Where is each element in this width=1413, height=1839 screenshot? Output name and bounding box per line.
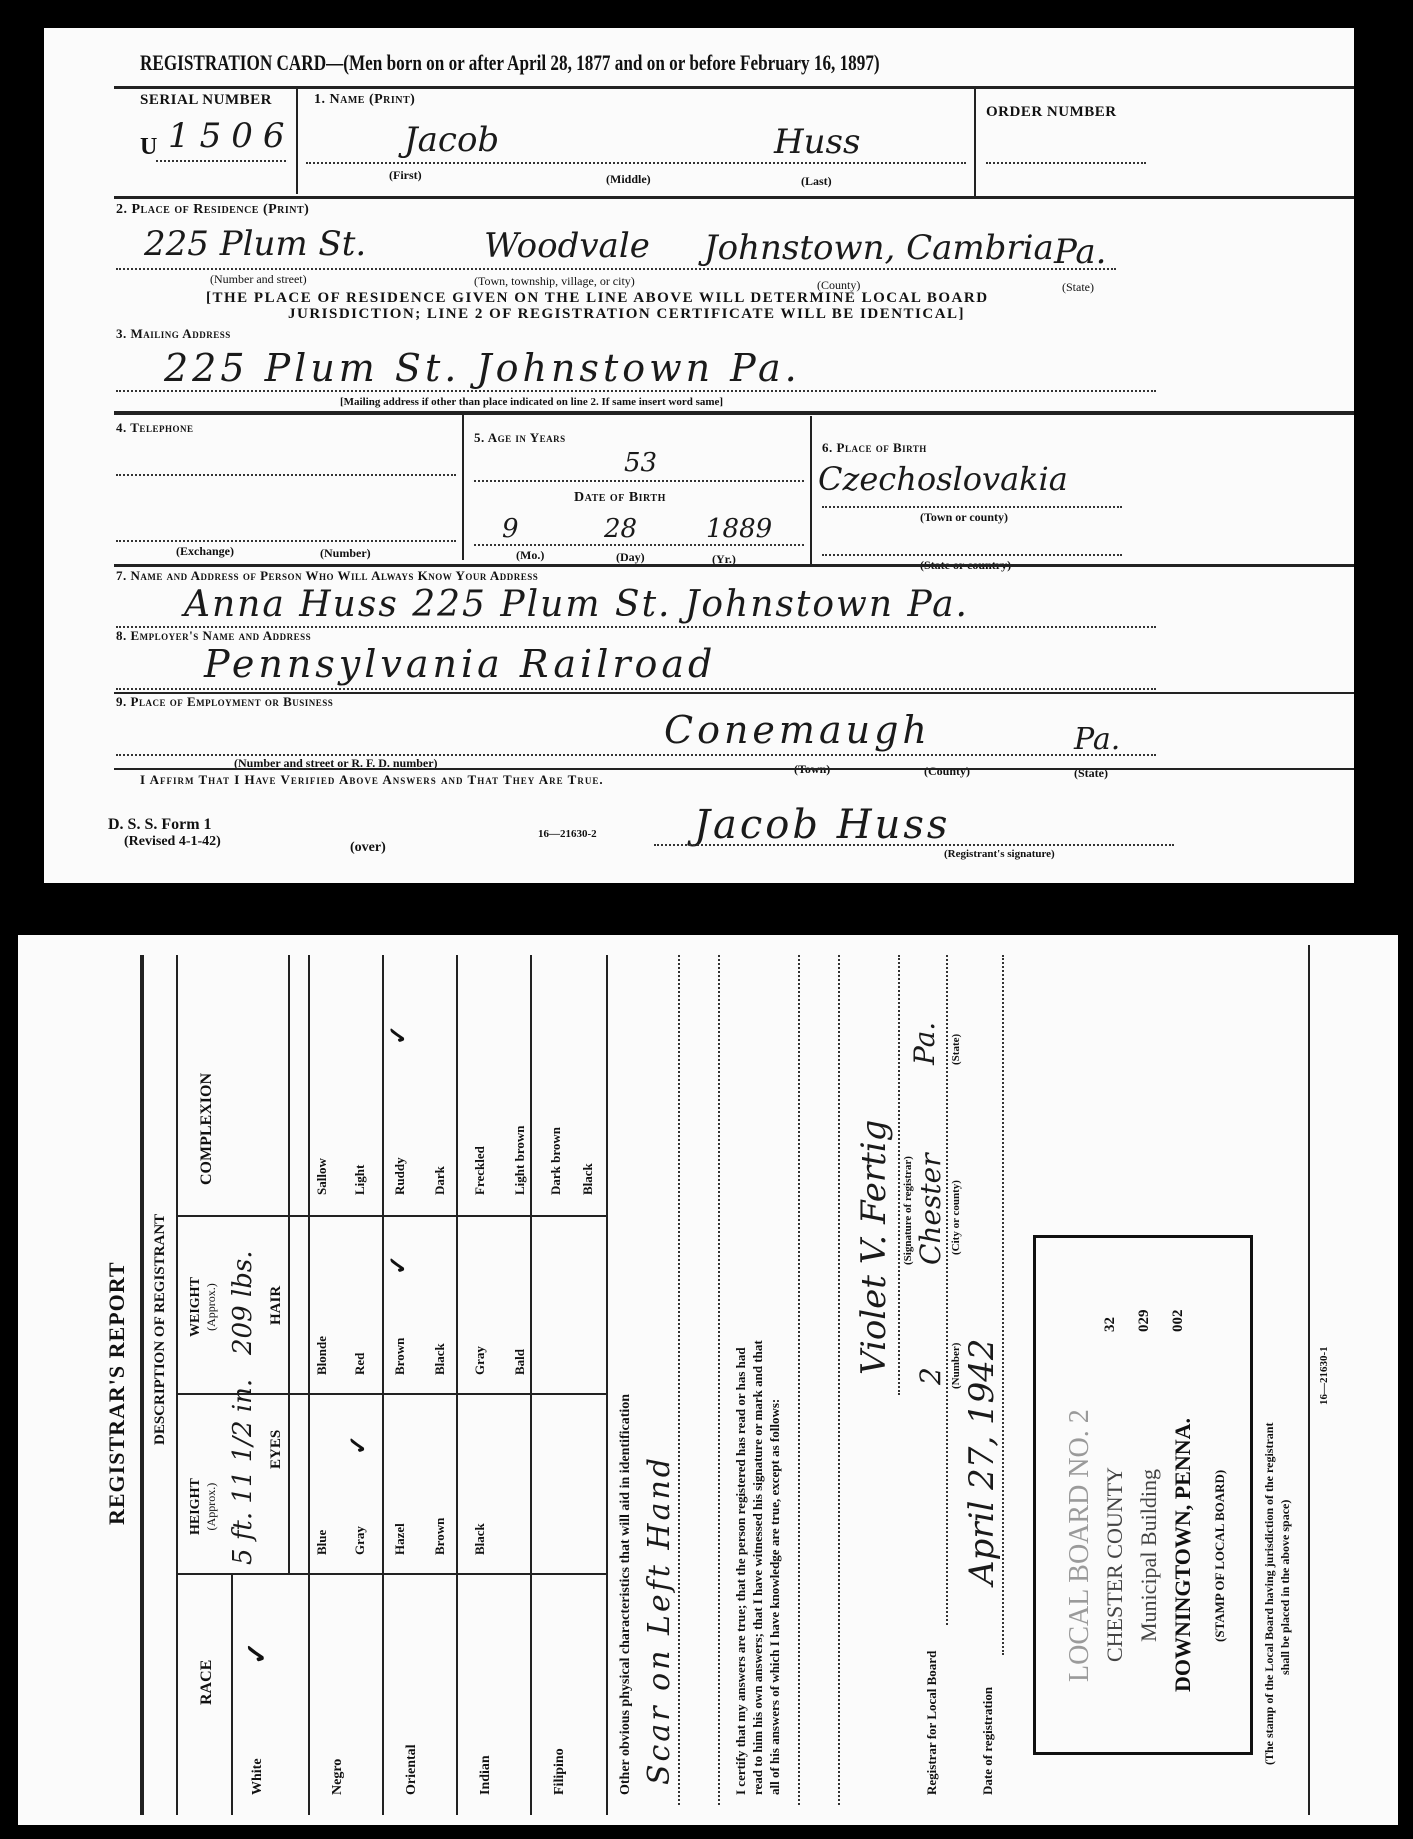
name-label: 1. Name (Print) (314, 92, 415, 108)
hair-option-black: Black (432, 1343, 448, 1375)
number-caption: (Number) (320, 546, 371, 561)
hair-label: HAIR (268, 1286, 285, 1325)
hair-option-red: Red (352, 1353, 368, 1375)
place-of-birth-label: 6. Place of Birth (822, 440, 927, 456)
hair-option-brown: Brown (392, 1338, 408, 1375)
weight-value: 209 lbs. (228, 1251, 258, 1355)
certification-line-3: all of his answers of which I have knowl… (766, 1340, 783, 1795)
pob-town-caption: (Town or county) (920, 510, 1008, 525)
complexion-option-black: Black (580, 1163, 596, 1195)
complexion-option-freckled: Freckled (472, 1146, 488, 1195)
card-title-sub: (Men born on or after April 28, 1877 and… (343, 50, 879, 75)
over-label: (over) (350, 840, 386, 856)
date-of-registration-label: Date of registration (980, 1687, 996, 1795)
residence-state: Pa. (1054, 232, 1106, 272)
certification-line-2: read to him his own answers; that I have… (749, 1340, 766, 1795)
residence-notice-line2: JURISDICTION; LINE 2 OF REGISTRATION CER… (288, 306, 965, 323)
eyes-label: EYES (268, 1430, 285, 1469)
card-title-main: REGISTRATION CARD— (140, 50, 343, 75)
exchange-caption: (Exchange) (176, 544, 234, 559)
hair-option-blonde: Blonde (314, 1336, 330, 1375)
description-header: DESCRIPTION OF REGISTRANT (152, 1214, 169, 1445)
registrar-signature: Violet V. Fertig (854, 1120, 894, 1375)
board-city: Chester (914, 1153, 947, 1265)
affirmation-text: I Affirm That I Have Verified Above Answ… (140, 772, 604, 788)
mailing-address-value: 225 Plum St. Johnstown Pa. (164, 346, 801, 390)
hair-brown-checkmark-icon: ✓ (384, 1255, 413, 1275)
board-number: 2 (914, 1367, 947, 1385)
order-number-label: ORDER NUMBER (986, 104, 1117, 121)
place-of-birth-town: Czechoslovakia (818, 460, 1068, 498)
height-label-sub: (Approx.) (204, 1478, 219, 1535)
registrar-signature-caption: (Signature of registrar) (902, 1156, 914, 1265)
height-value: 5 ft. 11 1/2 in. (228, 1379, 258, 1565)
complexion-option-dark-brown: Dark brown (548, 1127, 564, 1195)
race-white-checkmark-icon: ✓ (240, 1642, 274, 1665)
weight-label-sub: (Approx.) (204, 1277, 219, 1337)
contact-person-label: 7. Name and Address of Person Who Will A… (116, 568, 538, 584)
employer-value: Pennsylvania Railroad (204, 642, 716, 686)
eyes-option-blue: Blue (314, 1530, 330, 1555)
height-label: HEIGHT (Approx.) (188, 1478, 219, 1535)
stamp-note-line-2: shall be placed in the above space) (1278, 1500, 1293, 1675)
local-board-stamp: LOCAL BOARD NO. 2 CHESTER COUNTY Municip… (1033, 1235, 1253, 1755)
board-city-caption: (City or county) (950, 1180, 962, 1255)
place-of-employment-label: 9. Place of Employment or Business (116, 694, 333, 710)
hair-option-bald: Bald (512, 1349, 528, 1375)
stamp-line-4: DOWNINGTOWN, PENNA. (1170, 1418, 1196, 1692)
certification-text: I certify that my answers are true; that… (732, 1340, 783, 1795)
residence-town: Woodvale (484, 226, 650, 266)
contact-person-value: Anna Huss 225 Plum St. Johnstown Pa. (184, 584, 969, 625)
stamp-caption: (STAMP OF LOCAL BOARD) (1212, 1470, 1228, 1642)
stamp-code-1: 32 (1102, 1317, 1119, 1332)
complexion-option-sallow: Sallow (314, 1158, 330, 1195)
registrar-local-board-label: Registrar for Local Board (924, 1651, 940, 1795)
race-label: RACE (198, 1660, 216, 1705)
dob-day: 28 (604, 514, 637, 544)
serial-prefix: U (140, 134, 157, 161)
race-option-oriental: Oriental (404, 1744, 420, 1795)
last-caption: (Last) (801, 174, 832, 189)
eyes-option-black: Black (472, 1523, 488, 1555)
month-caption: (Mo.) (516, 548, 544, 563)
complexion-option-light: Light (352, 1165, 368, 1195)
registration-card-front: REGISTRATION CARD—(Men born on or after … (44, 28, 1354, 883)
date-of-registration-value: April 27, 1942 (962, 1338, 1002, 1585)
complexion-ruddy-checkmark-icon: ✓ (384, 1025, 413, 1045)
race-option-filipino: Filipino (552, 1748, 568, 1795)
street-caption: (Number and street) (210, 272, 307, 287)
stamp-note-line-1: (The stamp of the Local Board having jur… (1262, 1423, 1277, 1765)
stamp-code-3: 002 (1170, 1310, 1187, 1333)
other-characteristics-label: Other obvious physical characteristics t… (618, 1394, 634, 1795)
last-name-value: Huss (774, 122, 860, 162)
complexion-option-light-brown: Light brown (512, 1126, 528, 1195)
race-option-white: White (250, 1758, 266, 1795)
residence-county: Johnstown, Cambria (704, 228, 1054, 268)
registrant-signature: Jacob Huss (694, 802, 950, 848)
serial-number-label: SERIAL NUMBER (140, 92, 272, 109)
hair-option-gray: Gray (472, 1346, 488, 1375)
form-revision: (Revised 4-1-42) (124, 834, 221, 850)
other-characteristics-value: Scar on Left Hand (642, 1455, 677, 1785)
eyes-gray-checkmark-icon: ✓ (344, 1435, 373, 1455)
weight-label-main: WEIGHT (188, 1277, 204, 1337)
eyes-option-gray: Gray (352, 1526, 368, 1555)
day-caption: (Day) (616, 550, 645, 565)
middle-caption: (Middle) (606, 172, 651, 187)
employment-state: Pa. (1074, 722, 1120, 757)
dob-year: 1889 (706, 514, 772, 544)
residence-notice-line1: [THE PLACE OF RESIDENCE GIVEN ON THE LIN… (206, 290, 989, 307)
card-title: REGISTRATION CARD—(Men born on or after … (140, 50, 880, 76)
age-value: 53 (624, 448, 657, 478)
board-state-caption: (State) (950, 1034, 962, 1065)
dob-label: Date of Birth (574, 490, 666, 506)
serial-number-value: 1506 (168, 116, 295, 156)
town-caption: (Town, township, village, or city) (474, 274, 635, 289)
complexion-option-dark: Dark (432, 1166, 448, 1195)
height-label-main: HEIGHT (188, 1478, 204, 1535)
state-caption: (State) (1062, 280, 1094, 295)
race-option-indian: Indian (478, 1755, 494, 1795)
residence-label: 2. Place of Residence (Print) (116, 202, 309, 218)
board-number-caption: (Number) (950, 1343, 962, 1389)
race-option-negro: Negro (330, 1759, 346, 1795)
first-name-value: Jacob (404, 120, 499, 160)
stamp-line-2: CHESTER COUNTY (1102, 1467, 1128, 1662)
back-print-code: 16—21630-1 (1318, 1346, 1330, 1405)
stamp-line-3: Municipal Building (1136, 1469, 1162, 1642)
form-id: D. S. S. Form 1 (108, 816, 212, 834)
dob-month: 9 (502, 514, 519, 544)
certification-line-1: I certify that my answers are true; that… (732, 1340, 749, 1795)
age-label: 5. Age in Years (474, 430, 566, 446)
complexion-label: COMPLEXION (198, 1073, 216, 1185)
rotated-report-content: REGISTRAR'S REPORT DESCRIPTION OF REGIST… (18, 935, 1398, 1825)
telephone-label: 4. Telephone (116, 420, 193, 436)
front-print-code: 16—21630-2 (538, 828, 597, 840)
complexion-option-ruddy: Ruddy (392, 1157, 408, 1195)
employment-town: Conemaugh (664, 708, 931, 752)
stamp-line-1: LOCAL BOARD NO. 2 (1064, 1409, 1096, 1682)
board-state: Pa. (908, 1022, 941, 1065)
residence-street: 225 Plum St. (144, 224, 366, 264)
report-title: REGISTRAR'S REPORT (104, 1261, 130, 1525)
eyes-option-hazel: Hazel (392, 1523, 408, 1555)
first-caption: (First) (389, 168, 422, 183)
mailing-address-label: 3. Mailing Address (116, 326, 231, 342)
stamp-code-2: 029 (1136, 1310, 1153, 1333)
mailing-caption: [Mailing address if other than place ind… (340, 396, 723, 408)
weight-label: WEIGHT (Approx.) (188, 1277, 219, 1337)
employment-county-caption: (County) (924, 764, 970, 779)
eyes-option-brown: Brown (432, 1518, 448, 1555)
registrars-report-back: REGISTRAR'S REPORT DESCRIPTION OF REGIST… (18, 935, 1398, 1825)
signature-caption: (Registrant's signature) (944, 848, 1055, 860)
